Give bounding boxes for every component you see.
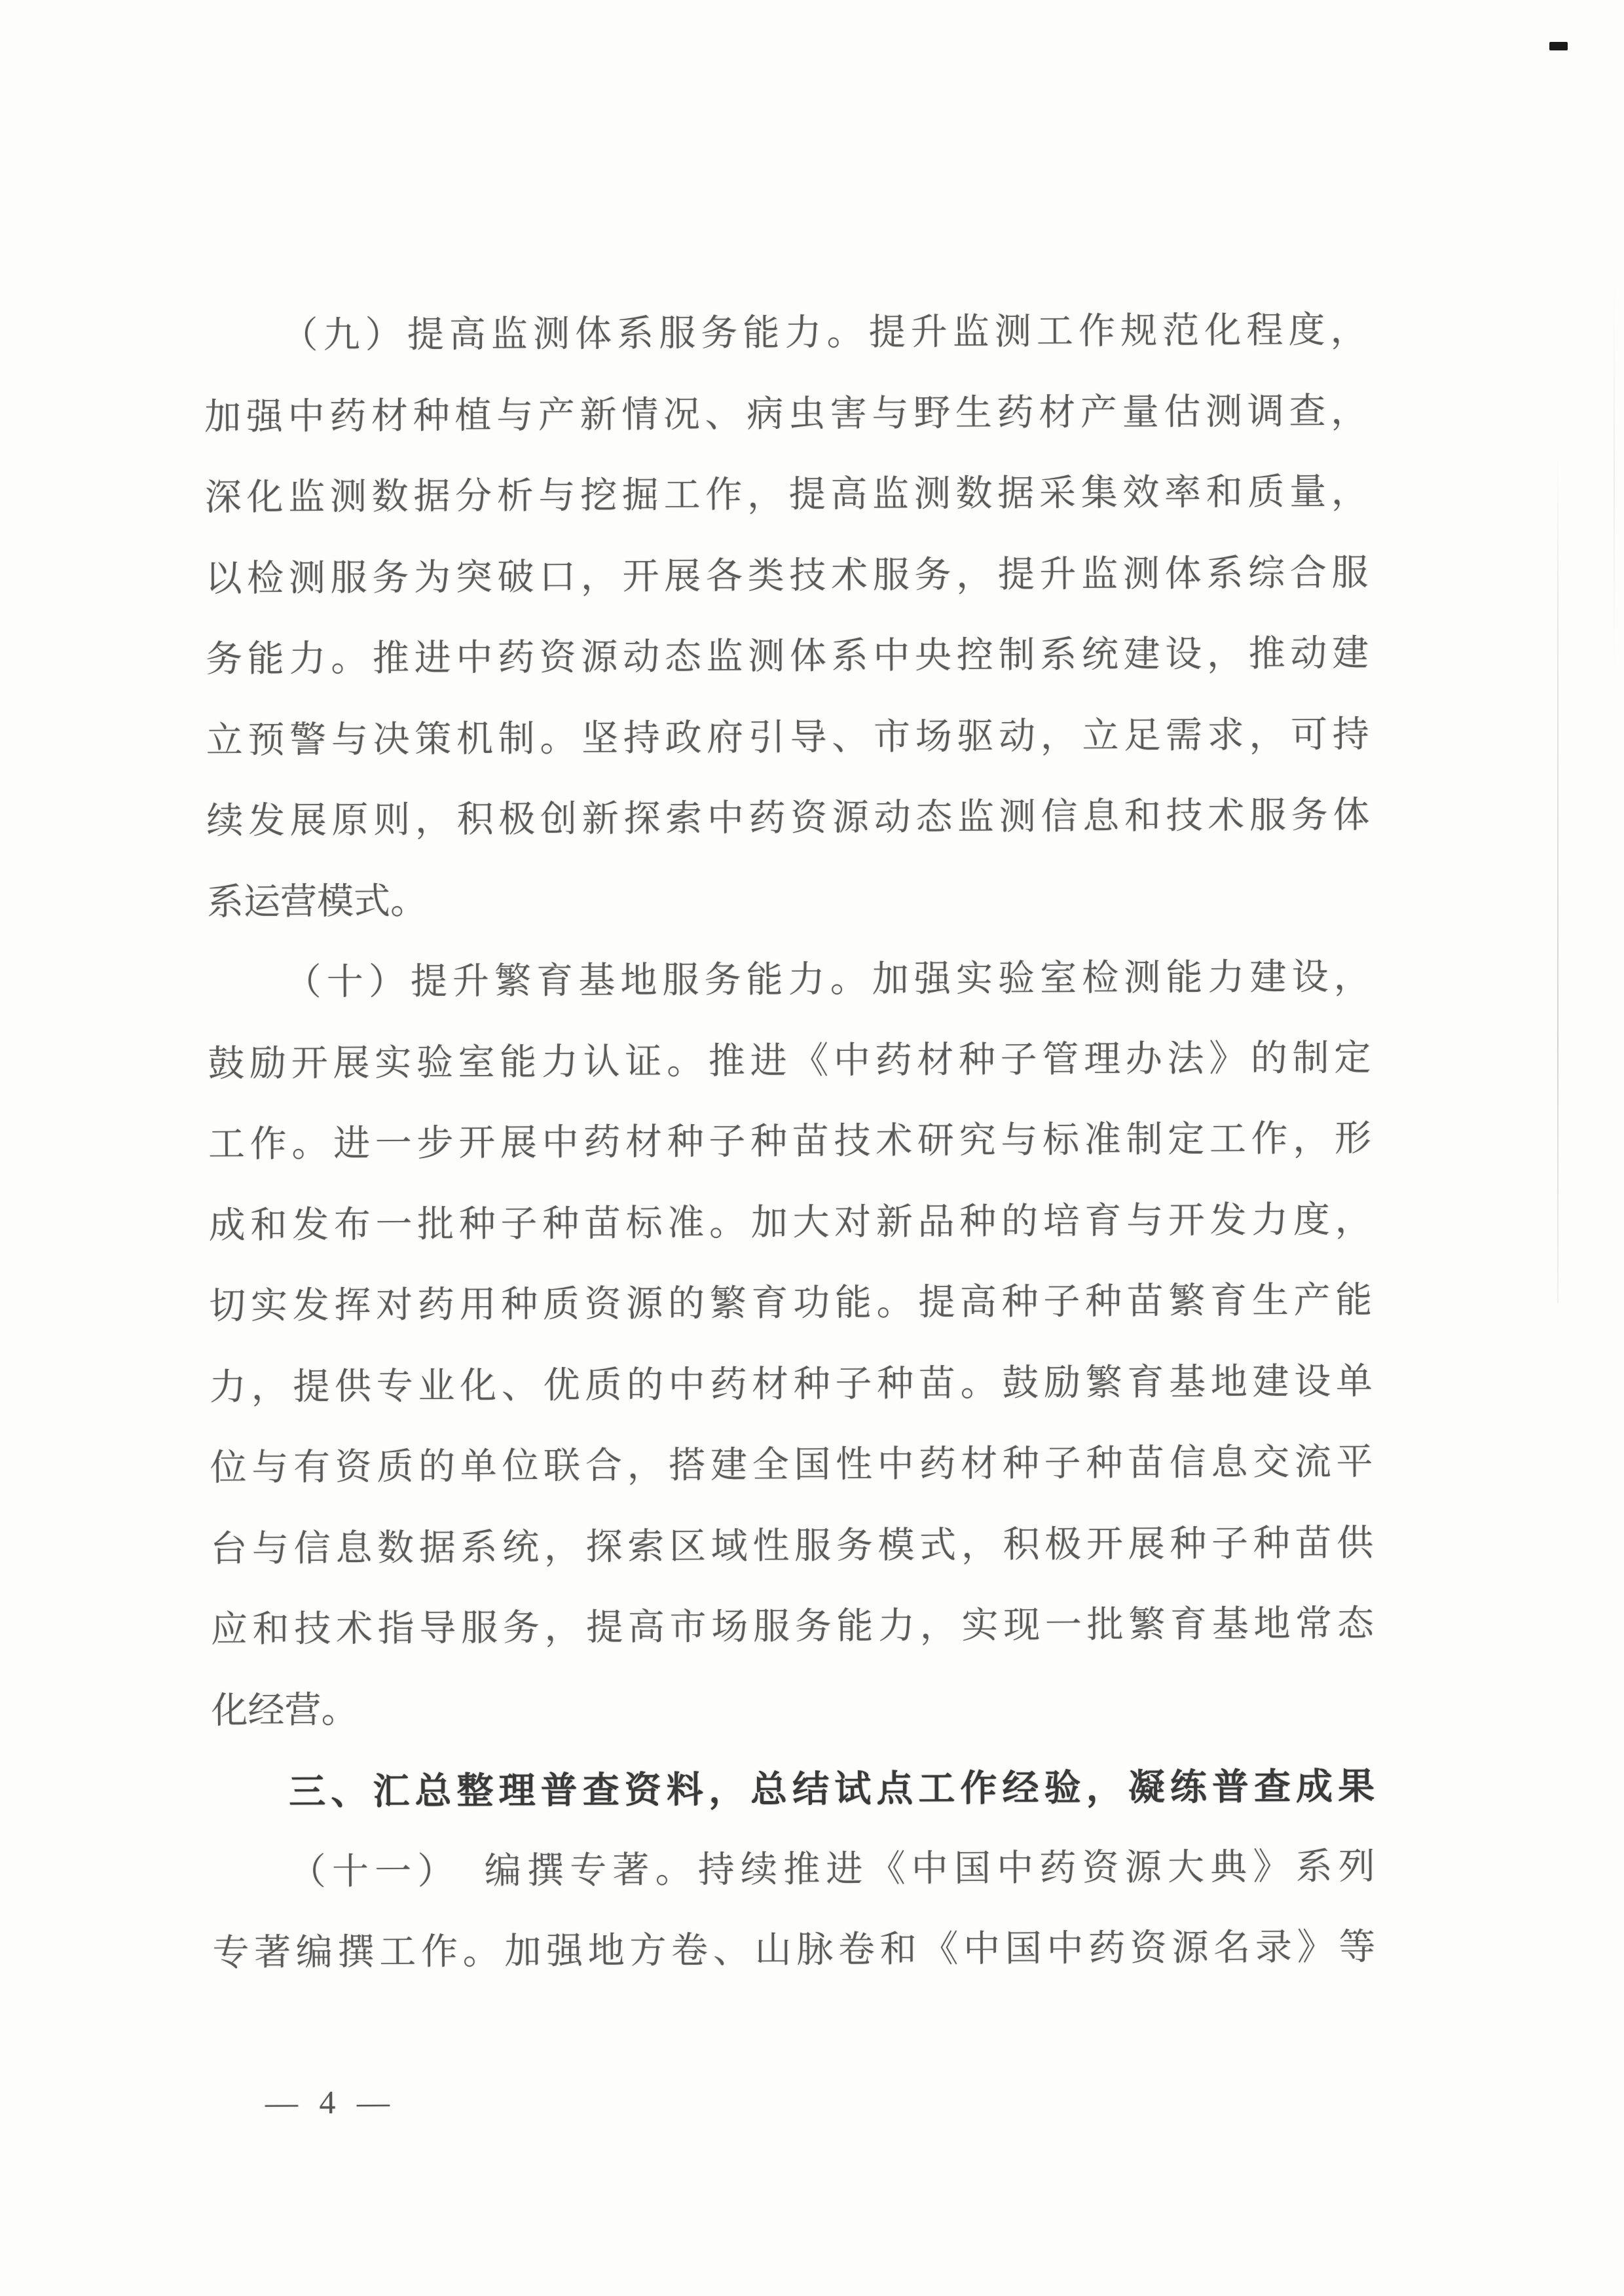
scan-edge-line	[1557, 452, 1559, 1303]
text-line: 续发展原则，积极创新探索中药资源动态监测信息和技术服务体	[206, 775, 1370, 862]
text-line: 系运营模式。	[207, 856, 1371, 943]
text-line: 以检测服务为突破口，开展各类技术服务，提升监测体系综合服	[205, 533, 1369, 620]
document-body: （九）提高监测体系服务能力。提升监测工作规范化程度， 加强中药材种植与产新情况、…	[204, 290, 1376, 1994]
text-line: 加强中药材种植与产新情况、病虫害与野生药材产量估测调查，	[204, 371, 1368, 458]
text-line: 位与有资质的单位联合，搭建全国性中药材种子种苗信息交流平	[210, 1422, 1373, 1509]
text-line: 鼓励开展实验室能力认证。推进《中药材种子管理办法》的制定	[208, 1018, 1371, 1105]
text-line: 切实发挥对药用种质资源的繁育功能。提高种子种苗繁育生产能	[209, 1260, 1373, 1347]
text-line: 成和发布一批种子种苗标准。加大对新品种的培育与开发力度，	[208, 1180, 1372, 1267]
text-line: 工作。进一步开展中药材种子种苗技术研究与标准制定工作，形	[208, 1099, 1372, 1186]
section-heading: 三、汇总整理普查资料，总结试点工作经验，凝练普查成果	[212, 1745, 1375, 1832]
text-line: 力，提供专业化、优质的中药材种子种苗。鼓励繁育基地建设单	[210, 1341, 1373, 1429]
text-line: 台与信息数据系统，探索区域性服务模式，积极开展种子种苗供	[210, 1503, 1374, 1590]
text-line: 化经营。	[211, 1665, 1375, 1752]
text-line: （九）提高监测体系服务能力。提升监测工作规范化程度，	[204, 290, 1367, 377]
text-line: （十一） 编撰专著。持续推进《中国中药资源大典》系列	[212, 1827, 1376, 1914]
scan-edge-line	[1614, 282, 1615, 674]
text-line: （十）提升繁育基地服务能力。加强实验室检测能力建设，	[207, 937, 1371, 1024]
printer-mark-icon	[1549, 42, 1568, 50]
text-line: 深化监测数据分析与挖掘工作，提高监测数据采集效率和质量，	[205, 452, 1369, 539]
scanned-document-page: （九）提高监测体系服务能力。提升监测工作规范化程度， 加强中药材种植与产新情况、…	[0, 0, 1624, 2296]
text-line: 立预警与决策机制。坚持政府引导、市场驱动，立足需求，可持	[206, 695, 1369, 782]
text-line: 务能力。推进中药资源动态监测体系中央控制系统建设，推动建	[206, 613, 1369, 701]
text-line: 专著编撰工作。加强地方卷、山脉卷和《中国中药资源名录》等	[212, 1907, 1376, 1994]
text-line: 应和技术指导服务，提高市场服务能力，实现一批繁育基地常态	[211, 1584, 1375, 1671]
page-number: — 4 —	[265, 2083, 396, 2122]
